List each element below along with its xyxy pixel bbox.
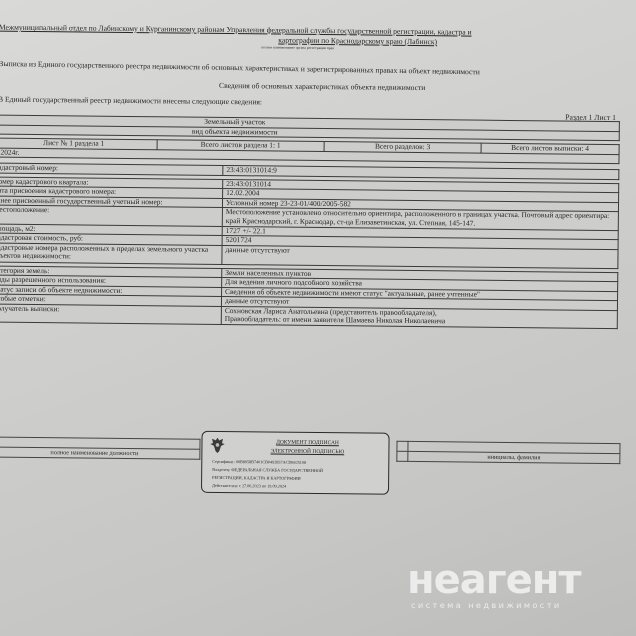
object-table: Земельный участок вид объекта недвижимос…: [0, 115, 620, 165]
signature-blank: [397, 441, 408, 451]
intro-text: В Единый государственный реестр недвижим…: [0, 95, 262, 107]
stamp-title-1: ДОКУМЕНТ ПОДПИСАН: [242, 439, 372, 446]
extract-title: Выписка из Единого государственного реес…: [0, 59, 480, 76]
e-signature-stamp: ДОКУМЕНТ ПОДПИСАН ЭЛЕКТРОННОЙ ПОДПИСЬЮ С…: [201, 431, 390, 495]
object-type-value: Земельный участок: [204, 118, 265, 127]
field-label: Кадастровые номера расположенных в преде…: [0, 243, 222, 264]
field-value: Сохновская Лариса Анатольевна (представи…: [221, 306, 617, 328]
watermark: неагент система недвижимости: [407, 560, 607, 610]
object-type-caption-text: вид объекта недвижимости: [192, 127, 278, 136]
signature-caption: [397, 451, 408, 461]
position-caption: полное наименование должности: [0, 447, 200, 459]
field-label: Местоположение:: [0, 205, 222, 226]
fields-table: Кадастровый номер: 23:43:0131014:9 Номер…: [0, 163, 619, 329]
stamp-certificate: Сертификат: 00B8058B7401CB0492857ACD8425…: [212, 459, 306, 465]
watermark-brand: неагент: [407, 560, 607, 600]
coat-of-arms-icon: [208, 435, 226, 455]
stamp-validity: Действителен: с 27.06.2023 по 19.09.2024: [212, 483, 286, 489]
extract-page: Межмуниципальный отдел по Лабинскому и К…: [0, 0, 636, 636]
field-label: Получатель выписки:: [0, 304, 221, 324]
stamp-owner: Владелец: ФЕДЕРАЛЬНАЯ СЛУЖБА ГОСУДАРСТВЕ…: [212, 467, 323, 473]
stamp-owner-2: РЕГИСТРАЦИИ, КАДАСТРА И КАРТОГРАФИИ: [212, 475, 301, 481]
section-title: Сведения об основных характеристиках объ…: [172, 80, 472, 92]
stamp-title-2: ЭЛЕКТРОННОЙ ПОДПИСЬЮ: [242, 448, 372, 455]
name-caption: инициалы, фамилия: [408, 451, 620, 463]
